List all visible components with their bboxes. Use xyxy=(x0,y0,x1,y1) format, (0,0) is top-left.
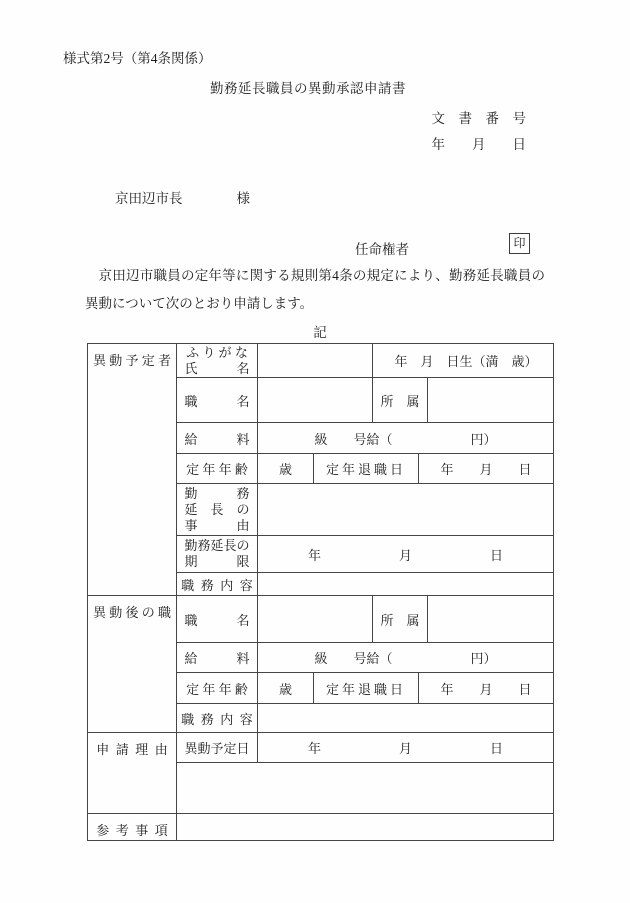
appointer-label: 任命権者 xyxy=(355,238,409,258)
ext-reason-label-line1: 勤 務 xyxy=(181,486,253,502)
planned-date-label: 異動予定日 xyxy=(177,733,258,763)
retire-day-label-2: 定年退職日 xyxy=(314,673,419,704)
dept-label-1: 所 属 xyxy=(373,378,428,423)
form-number: 様式第2号（第4条関係） xyxy=(63,47,212,67)
ext-reason-label-line3: 事 由 xyxy=(181,518,253,534)
duties-label-1: 職 務 内 容 xyxy=(177,573,258,596)
ext-reason-field-cell xyxy=(258,484,554,536)
post-label-1: 職 名 xyxy=(177,378,258,423)
retire-day-label-1: 定年退職日 xyxy=(314,454,419,484)
remarks-field-cell xyxy=(177,814,554,841)
doc-number-label: 文 書 番 号 xyxy=(432,106,527,132)
list-marker: 記 xyxy=(87,321,553,341)
doc-date-label: 年 月 日 xyxy=(432,132,527,158)
age-unit-2: 歳 xyxy=(258,673,314,704)
name-field-cell xyxy=(258,344,373,378)
retire-age-label-1: 定 年 年 齢 xyxy=(177,454,258,484)
retire-date-1: 年 月 日 xyxy=(419,454,554,484)
dept-field-cell-2 xyxy=(428,596,554,643)
age-unit-1: 歳 xyxy=(258,454,314,484)
body-paragraph: 京田辺市職員の定年等に関する規則第4条の規定により、勤務延長職員の異動について次… xyxy=(85,262,545,318)
duties-label-2: 職 務 内 容 xyxy=(177,704,258,733)
ext-reason-label-line2: 延 長 の xyxy=(181,502,253,518)
section-transferee-label: 異 動 予 定 者 xyxy=(88,344,177,596)
retire-age-label-2: 定 年 年 齢 xyxy=(177,673,258,704)
section-reason-label: 申 請 理 由 xyxy=(88,733,177,814)
ext-limit-label-line2: 期 限 xyxy=(181,554,253,570)
salary-label-2: 給 料 xyxy=(177,643,258,673)
name-label: 氏 名 xyxy=(181,361,253,377)
dept-label-2: 所 属 xyxy=(373,596,428,643)
application-table: 異 動 予 定 者 ふ り が な 氏 名 年 月 日生（満 歳） 職 名 所 … xyxy=(87,343,554,841)
ext-limit-label: 勤務延長の 期 限 xyxy=(177,536,258,573)
salary-value-1: 級 号給（ 円） xyxy=(258,423,554,454)
seal-box: 印 xyxy=(509,233,530,254)
page-title: 勤務延長職員の異動承認申請書 xyxy=(0,77,616,97)
ext-reason-label: 勤 務 延 長 の 事 由 xyxy=(177,484,258,536)
post-label-2: 職 名 xyxy=(177,596,258,643)
section-post-after-label: 異 動 後 の 職 xyxy=(88,596,177,733)
post-field-cell-1 xyxy=(258,378,373,423)
duties-field-cell-1 xyxy=(258,573,554,596)
reason-field-cell xyxy=(177,763,554,814)
duties-field-cell-2 xyxy=(258,704,554,733)
doc-number-block: 文 書 番 号 年 月 日 xyxy=(432,106,527,158)
planned-date-value: 年 月 日 xyxy=(258,733,554,763)
furigana-label: ふ り が な xyxy=(181,345,253,361)
retire-date-2: 年 月 日 xyxy=(419,673,554,704)
ext-limit-label-line1: 勤務延長の xyxy=(181,538,253,554)
salary-label-1: 給 料 xyxy=(177,423,258,454)
dept-field-cell-1 xyxy=(428,378,554,423)
form-page: 様式第2号（第4条関係） 勤務延長職員の異動承認申請書 文 書 番 号 年 月 … xyxy=(0,0,630,903)
addressee: 京田辺市長 様 xyxy=(115,187,250,207)
salary-value-2: 級 号給（ 円） xyxy=(258,643,554,673)
ext-limit-date: 年 月 日 xyxy=(258,536,554,573)
section-remarks-label: 参 考 事 項 xyxy=(88,814,177,841)
post-field-cell-2 xyxy=(258,596,373,643)
birthdate-label: 年 月 日生（満 歳） xyxy=(373,344,554,378)
furigana-name-label: ふ り が な 氏 名 xyxy=(177,344,258,378)
